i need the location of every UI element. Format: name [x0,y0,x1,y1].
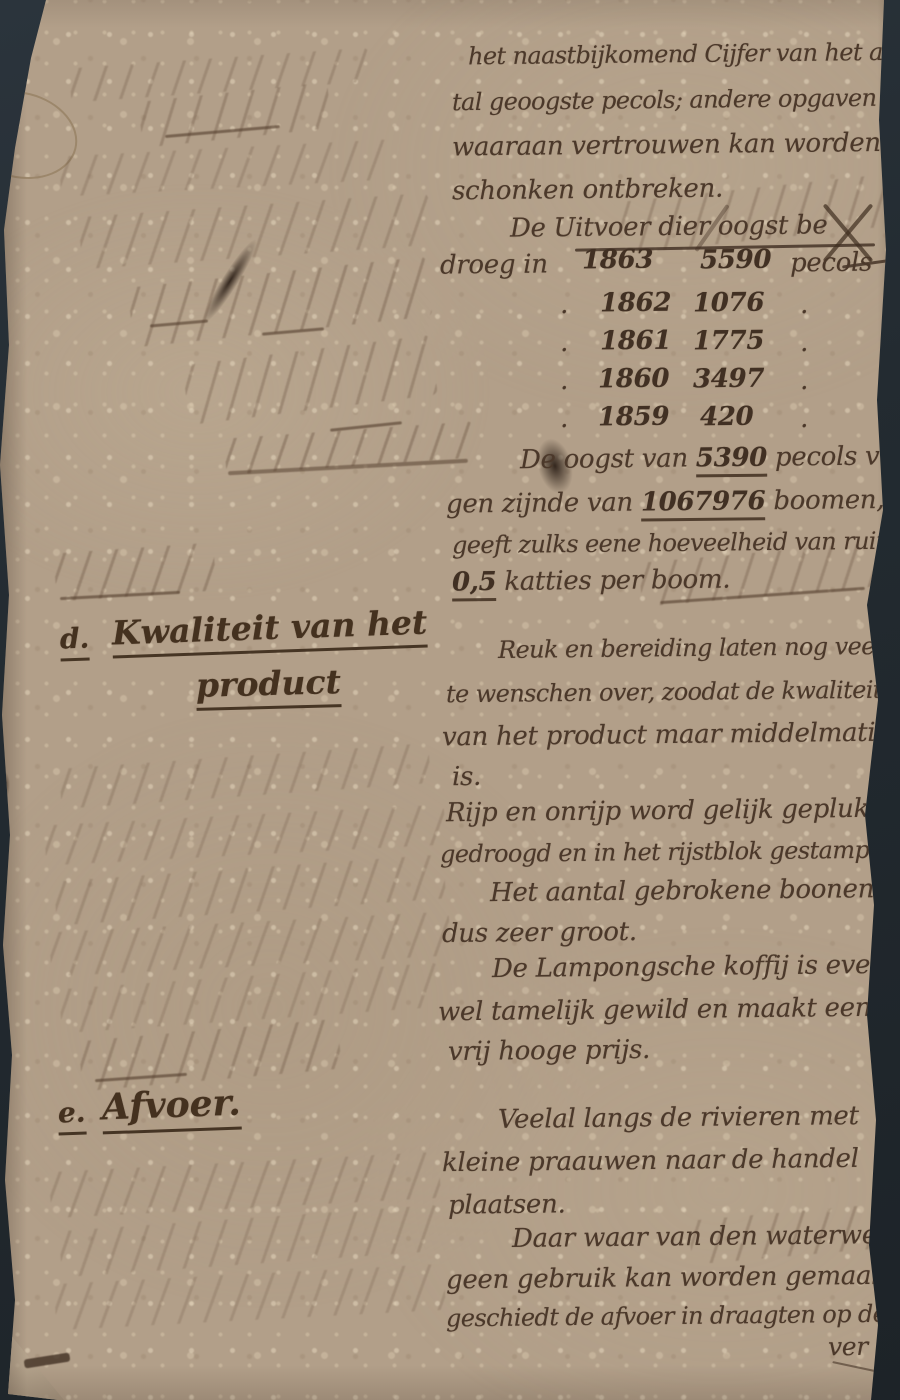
bleedthrough-underline [165,125,280,138]
text-line: Reuk en bereiding laten nog veel [498,632,882,664]
text-line: geschiedt de afvoer in draagten op den [446,1300,900,1333]
export-year: 1863 [582,245,653,276]
bleedthrough-underline [262,327,324,335]
ditto-mark: . [800,290,808,320]
bleedthrough-underline [150,319,208,327]
ditto-mark: . [560,366,568,396]
text-line: Het aantal gebrokene boonen is [490,874,900,908]
ditto-mark: . [800,366,808,396]
text-span: De oogst van [520,443,696,475]
text-line: kleine praauwen naar de handel [442,1144,859,1178]
bleedthrough-underline [95,1073,187,1082]
bleedthrough-strokes [49,912,451,977]
export-row-prefix: droeg in [440,249,548,280]
text-span: boomen, zoo [765,484,900,516]
underlined-number: 1067976 [641,486,766,521]
text-line: wel tamelijk gewild en maakt eene [438,993,887,1028]
bleedthrough-strokes [54,854,446,925]
bleedthrough-strokes [49,1152,441,1218]
bleedthrough-strokes [59,1205,441,1277]
page-curl [0,1322,64,1400]
text-line: van het product maar middelmatig [442,718,892,753]
text-span: pecols verkre [767,441,900,473]
section-label: d. [59,622,90,662]
bleedthrough-underline [60,591,180,600]
export-amount: 5590 [700,245,771,276]
bleedthrough-strokes [224,421,476,474]
bleedthrough-strokes [128,256,433,347]
text-line: gedroogd en in het rijstblok gestampt. [440,836,886,869]
text-line: 0,5 katties per boom. [452,565,731,598]
section-heading: product [195,662,341,711]
export-unit: pecols [790,248,872,279]
text-line: plaatsen. [448,1189,566,1220]
text-line: is. [452,762,481,792]
export-amount: 1076 [693,288,764,319]
ditto-mark: . [560,290,568,320]
underlined-number: 0,5 [452,567,497,601]
ditto-mark: . [800,328,808,358]
text-line: Veelal langs de rivieren met [498,1101,859,1135]
bleedthrough-strokes [79,193,432,269]
underlined-number: 5390 [696,443,768,478]
ditto-mark: . [800,404,808,434]
bleedthrough-strokes [54,1264,446,1330]
text-line: tal geoogste pecols; andere opgaven [452,84,877,116]
binding-thread-icon [0,79,87,191]
text-line: het naastbijkomend Cijfer van het aan [468,38,900,71]
text-span: katties per boom. [496,565,730,597]
export-year: 1861 [600,326,671,357]
text-line: dus zeer groot. [442,917,637,949]
text-line: geeft zulks eene hoeveelheid van ruim [452,527,898,560]
bleedthrough-strokes [69,48,371,103]
catchword: ver [828,1332,868,1361]
section-heading: Afvoer. [101,1082,241,1135]
ditto-mark: . [560,328,568,358]
ink-smudge [24,1352,71,1368]
export-year: 1862 [600,288,671,319]
section-label: e. [57,1096,86,1136]
bleedthrough-strokes [54,542,217,601]
text-line: Rijp en onrijp word gelijk geplukt [446,794,879,829]
catchword-flourish [832,1361,879,1373]
ditto-mark: . [560,404,568,434]
export-year: 1860 [598,364,669,395]
text-line: De oogst van 5390 pecols verkre [520,441,900,475]
text-line: Daar waar van den waterweg [512,1220,894,1254]
bleedthrough-strokes [59,963,441,1033]
bleedthrough-strokes [78,1019,341,1091]
manuscript-page: het naastbijkomend Cijfer van het aan ta… [0,0,900,1400]
text-line: geen gebruik kan worden gemaakt [446,1261,897,1296]
text-line: te wenschen over, zoodat de kwaliteit [446,676,882,709]
bleedthrough-strokes [59,139,391,196]
section-heading: Kwaliteit van het [111,603,428,659]
bleedthrough-strokes [44,805,446,866]
export-amount: 1775 [693,326,764,357]
bleedthrough-strokes [138,82,332,148]
ink-blot [0,770,10,800]
text-line: vrij hooge prijs. [448,1035,650,1067]
bleedthrough-underline [330,421,402,432]
bleedthrough-underline [228,459,468,476]
photo-background: het naastbijkomend Cijfer van het aan ta… [0,0,900,1400]
bleedthrough-strokes [182,335,437,425]
text-line: De Lampongsche koffij is even [492,950,887,984]
export-lead-line: De Uitvoer dier oogst be [510,210,828,243]
ink-blot [197,235,263,327]
text-line: schonken ontbreken. [452,174,723,207]
text-line: waaraan vertrouwen kan worden ge [452,128,900,163]
text-span: gen zijnde van [446,488,641,520]
export-amount: 420 [700,402,754,433]
text-line: gen zijnde van 1067976 boomen, zoo [446,484,900,519]
export-amount: 3497 [693,364,764,395]
bleedthrough-strokes [59,743,431,809]
export-year: 1859 [598,402,669,433]
